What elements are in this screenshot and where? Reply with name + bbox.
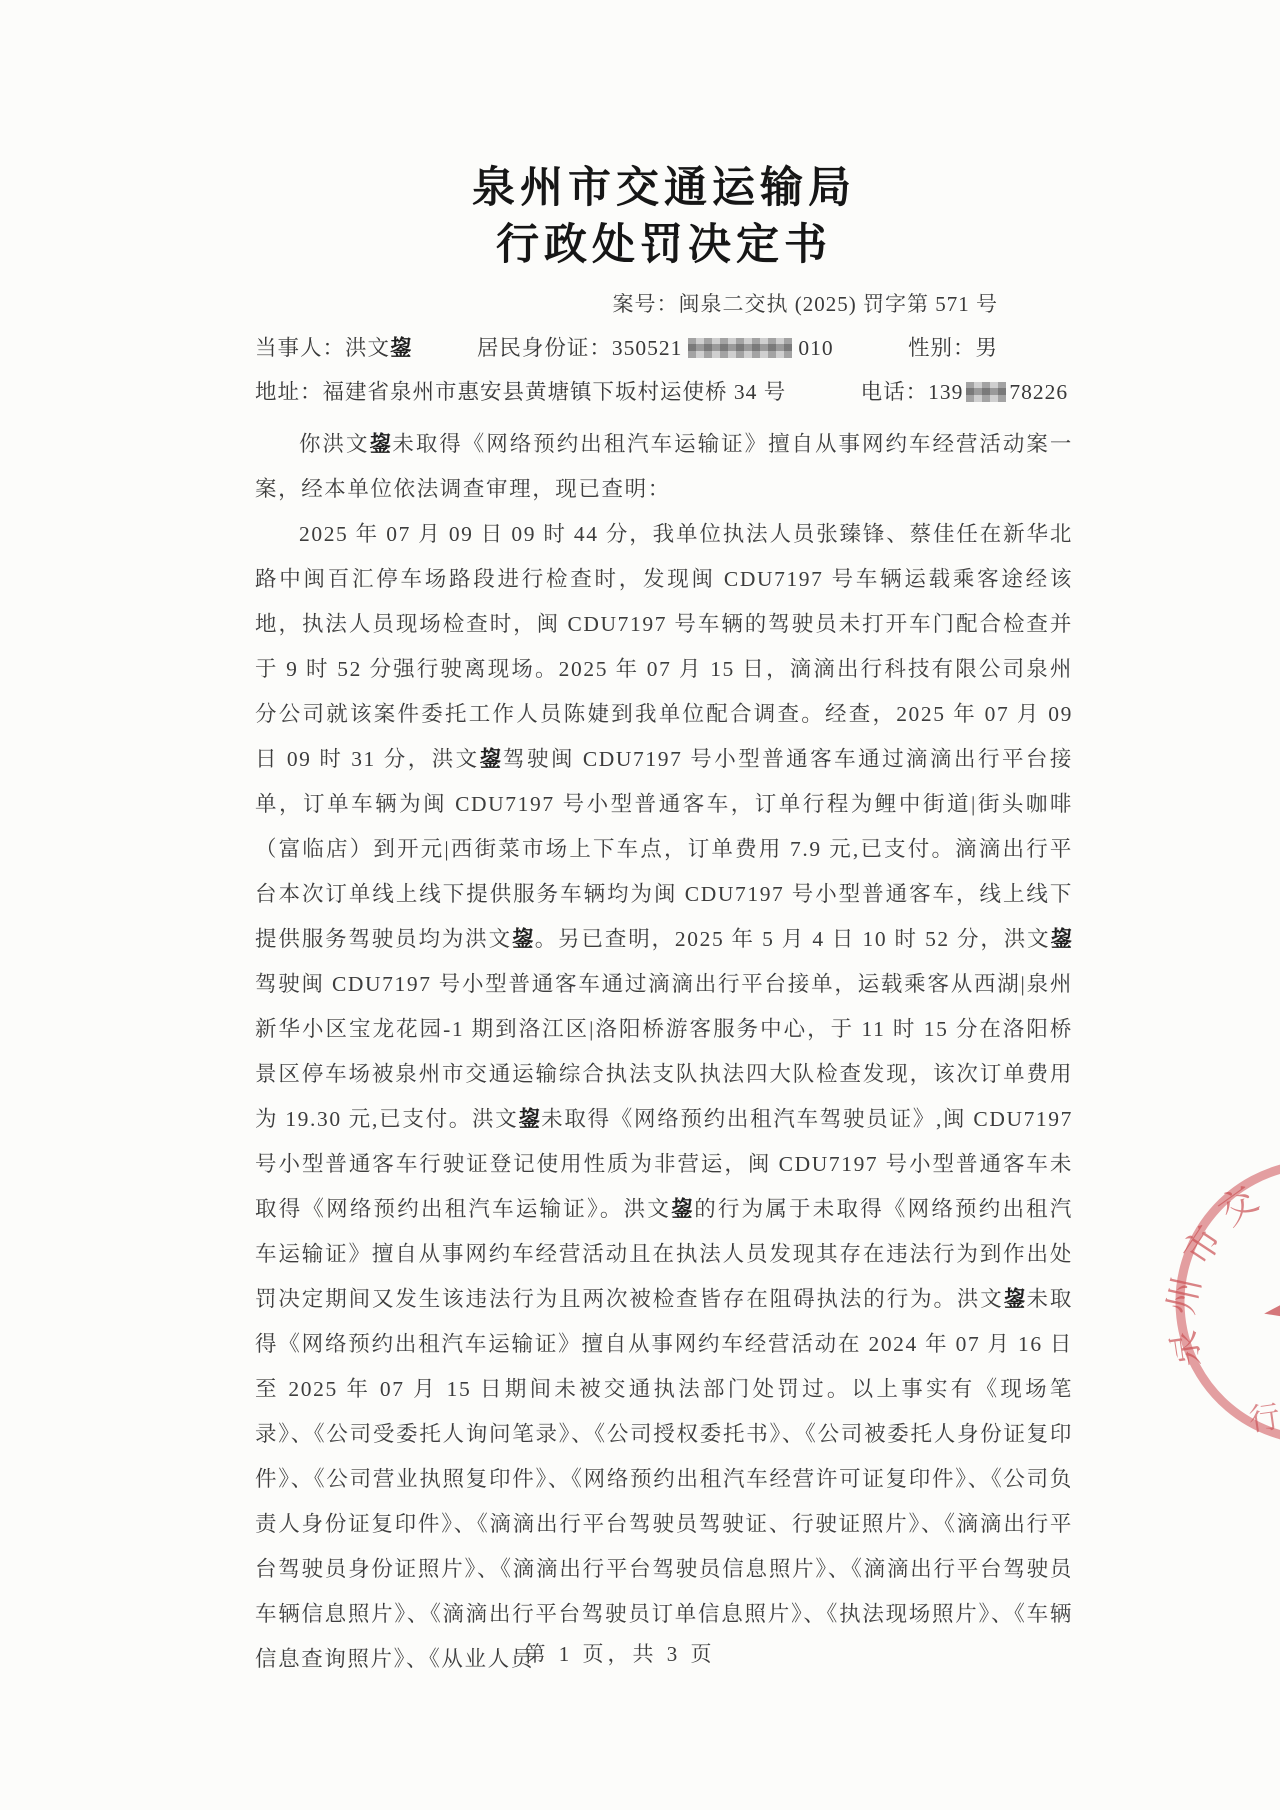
document-content: 泉州市交通运输局 行政处罚决定书 案号：闽泉二交执 (2025) 罚字第 571… bbox=[255, 0, 1073, 1682]
id-prefix: 350521 bbox=[612, 336, 683, 360]
text-segment: 未取得《网络预约出租汽车运输证》擅自从事网约车经营活动在 2024 年 07 月… bbox=[255, 1287, 1073, 1671]
document-body: 你洪文鋆未取得《网络预约出租汽车运输证》擅自从事网约车经营活动案一案，经本单位依… bbox=[255, 422, 1073, 1682]
id-label: 居民身份证： bbox=[477, 336, 612, 360]
party-name-bold-char: 鋆 bbox=[390, 336, 413, 360]
official-seal-stamp: 泉州市交 行政执 bbox=[1115, 1099, 1280, 1505]
stamp-star-icon bbox=[1246, 1230, 1280, 1368]
party-name-bold-char: 鋆 bbox=[512, 927, 535, 951]
phone-prefix: 139 bbox=[928, 380, 963, 404]
address-value: 福建省泉州市惠安县黄塘镇下坂村运使桥 34 号 bbox=[323, 380, 787, 404]
phone-label: 电话： bbox=[861, 380, 929, 404]
party-name-bold-char: 鋆 bbox=[671, 1197, 694, 1221]
paragraph-intro: 你洪文鋆未取得《网络预约出租汽车运输证》擅自从事网约车经营活动案一案，经本单位依… bbox=[255, 422, 1073, 512]
party-name-bold-char: 鋆 bbox=[480, 747, 503, 771]
address-label: 地址： bbox=[255, 380, 323, 404]
party-name-bold-char: 鋆 bbox=[1050, 927, 1073, 951]
party-info-row: 当事人：洪文鋆 居民身份证：350521010 性别：男 bbox=[255, 331, 1073, 362]
text-segment: 。另已查明，2025 年 5 月 4 日 10 时 52 分，洪文 bbox=[535, 927, 1051, 951]
party-name-bold-char: 鋆 bbox=[518, 1107, 541, 1131]
phone-redaction-mosaic bbox=[966, 382, 1006, 402]
title-line-1: 泉州市交通运输局 bbox=[255, 160, 1073, 217]
title-line-2: 行政处罚决定书 bbox=[255, 217, 1073, 274]
party-name-label: 当事人：洪文 bbox=[255, 336, 390, 360]
stamp-arc-text: 泉州市交 bbox=[1115, 1170, 1280, 1383]
svg-text:泉州市交: 泉州市交 bbox=[1115, 1170, 1280, 1383]
text-segment: 2025 年 07 月 09 日 09 时 44 分，我单位执法人员张臻锋、蔡佳… bbox=[255, 522, 1073, 771]
text-segment: 你洪文 bbox=[299, 432, 369, 456]
case-number: 案号：闽泉二交执 (2025) 罚字第 571 号 bbox=[255, 288, 1073, 318]
text-segment: 驾驶闽 CDU7197 号小型普通客车通过滴滴出行平台接单，订单车辆为闽 CDU… bbox=[255, 747, 1073, 951]
phone-suffix: 78226 bbox=[1009, 380, 1068, 404]
document-title: 泉州市交通运输局 行政处罚决定书 bbox=[255, 160, 1073, 274]
id-suffix: 010 bbox=[798, 336, 833, 360]
id-redaction-mosaic bbox=[688, 338, 792, 358]
paragraph-findings: 2025 年 07 月 09 日 09 时 44 分，我单位执法人员张臻锋、蔡佳… bbox=[255, 512, 1073, 1682]
party-name-bold-char: 鋆 bbox=[369, 432, 392, 456]
gender-field: 性别：男 bbox=[908, 336, 998, 360]
stamp-bottom-text: 行政执 bbox=[1247, 1386, 1280, 1437]
party-name-bold-char: 鋆 bbox=[1004, 1287, 1027, 1311]
document-page: 泉州市交通运输局 行政处罚决定书 案号：闽泉二交执 (2025) 罚字第 571… bbox=[0, 0, 1280, 1810]
address-info-row: 地址：福建省泉州市惠安县黄塘镇下坂村运使桥 34 号 电话：13978226 bbox=[255, 375, 1073, 406]
page-footer: 第 1 页，共 3 页 bbox=[0, 1638, 1240, 1668]
